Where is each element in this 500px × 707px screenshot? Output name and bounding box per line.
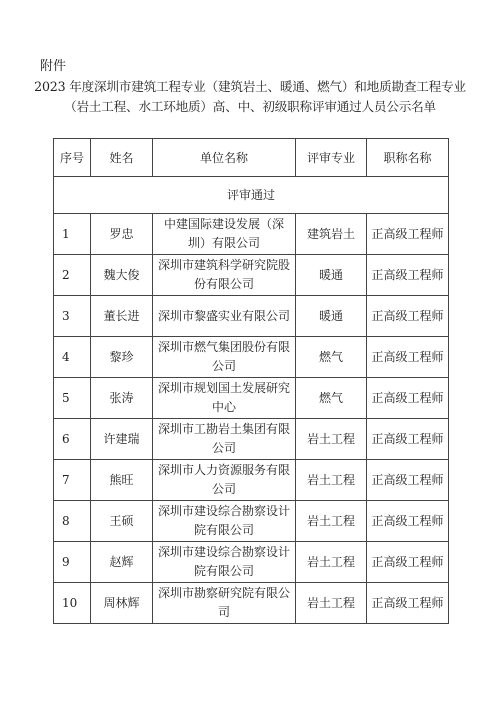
table-row: 1罗忠中建国际建设发展（深圳）有限公司建筑岩土正高级工程师: [54, 214, 449, 255]
person-name: 周林辉: [91, 583, 153, 624]
row-number: 4: [54, 337, 91, 378]
title-name: 正高级工程师: [367, 501, 449, 542]
person-name: 魏大俊: [91, 255, 153, 296]
row-number: 1: [54, 214, 91, 255]
attachment-label: 附件: [40, 59, 66, 75]
header-no: 序号: [54, 139, 91, 177]
review-major: 燃气: [296, 337, 367, 378]
review-major: 燃气: [296, 378, 367, 419]
header-title: 职称名称: [367, 139, 449, 177]
table-row: 2魏大俊深圳市建筑科学研究院股份有限公司暖通正高级工程师: [54, 255, 449, 296]
title-name: 正高级工程师: [367, 378, 449, 419]
table-row: 7熊旺深圳市人力资源服务有限公司岩土工程正高级工程师: [54, 460, 449, 501]
review-major: 岩土工程: [296, 501, 367, 542]
unit-name: 深圳市建筑科学研究院股份有限公司: [153, 255, 296, 296]
section-row: 评审通过: [54, 177, 449, 214]
table-row: 5张涛深圳市规划国土发展研究中心燃气正高级工程师: [54, 378, 449, 419]
unit-name: 深圳市规划国土发展研究中心: [153, 378, 296, 419]
results-table: 序号 姓名 单位名称 评审专业 职称名称 评审通过 1罗忠中建国际建设发展（深圳…: [53, 138, 449, 624]
section-label: 评审通过: [54, 177, 449, 214]
table-row: 6许建瑞深圳市工勘岩土集团有限公司岩土工程正高级工程师: [54, 419, 449, 460]
unit-name: 中建国际建设发展（深圳）有限公司: [153, 214, 296, 255]
review-major: 建筑岩土: [296, 214, 367, 255]
row-number: 10: [54, 583, 91, 624]
row-number: 9: [54, 542, 91, 583]
review-major: 岩土工程: [296, 460, 367, 501]
person-name: 罗忠: [91, 214, 153, 255]
table-row: 4黎珍深圳市燃气集团股份有限公司燃气正高级工程师: [54, 337, 449, 378]
review-major: 暖通: [296, 255, 367, 296]
title-name: 正高级工程师: [367, 460, 449, 501]
table-row: 9赵辉深圳市建设综合勘察设计院有限公司岩土工程正高级工程师: [54, 542, 449, 583]
unit-name: 深圳市建设综合勘察设计院有限公司: [153, 542, 296, 583]
review-major: 岩土工程: [296, 542, 367, 583]
title-name: 正高级工程师: [367, 583, 449, 624]
table-row: 8王硕深圳市建设综合勘察设计院有限公司岩土工程正高级工程师: [54, 501, 449, 542]
title-name: 正高级工程师: [367, 296, 449, 337]
row-number: 5: [54, 378, 91, 419]
unit-name: 深圳市人力资源服务有限公司: [153, 460, 296, 501]
person-name: 许建瑞: [91, 419, 153, 460]
row-number: 7: [54, 460, 91, 501]
row-number: 2: [54, 255, 91, 296]
title-name: 正高级工程师: [367, 419, 449, 460]
header-unit: 单位名称: [153, 139, 296, 177]
review-major: 岩土工程: [296, 583, 367, 624]
person-name: 黎珍: [91, 337, 153, 378]
person-name: 董长进: [91, 296, 153, 337]
unit-name: 深圳市黎盛实业有限公司: [153, 296, 296, 337]
title-name: 正高级工程师: [367, 337, 449, 378]
row-number: 3: [54, 296, 91, 337]
row-number: 8: [54, 501, 91, 542]
person-name: 张涛: [91, 378, 153, 419]
title-name: 正高级工程师: [367, 214, 449, 255]
unit-name: 深圳市勘察研究院有限公司: [153, 583, 296, 624]
unit-name: 深圳市工勘岩土集团有限公司: [153, 419, 296, 460]
person-name: 熊旺: [91, 460, 153, 501]
unit-name: 深圳市燃气集团股份有限公司: [153, 337, 296, 378]
unit-name: 深圳市建设综合勘察设计院有限公司: [153, 501, 296, 542]
row-number: 6: [54, 419, 91, 460]
title-name: 正高级工程师: [367, 542, 449, 583]
person-name: 赵辉: [91, 542, 153, 583]
table-row: 3董长进深圳市黎盛实业有限公司暖通正高级工程师: [54, 296, 449, 337]
header-name: 姓名: [91, 139, 153, 177]
document-title: 2023 年度深圳市建筑工程专业（建筑岩土、暖通、燃气）和地质勘查工程专业（岩土…: [30, 77, 470, 117]
table-row: 10周林辉深圳市勘察研究院有限公司岩土工程正高级工程师: [54, 583, 449, 624]
header-major: 评审专业: [296, 139, 367, 177]
table-header-row: 序号 姓名 单位名称 评审专业 职称名称: [54, 139, 449, 177]
person-name: 王硕: [91, 501, 153, 542]
title-name: 正高级工程师: [367, 255, 449, 296]
review-major: 暖通: [296, 296, 367, 337]
review-major: 岩土工程: [296, 419, 367, 460]
